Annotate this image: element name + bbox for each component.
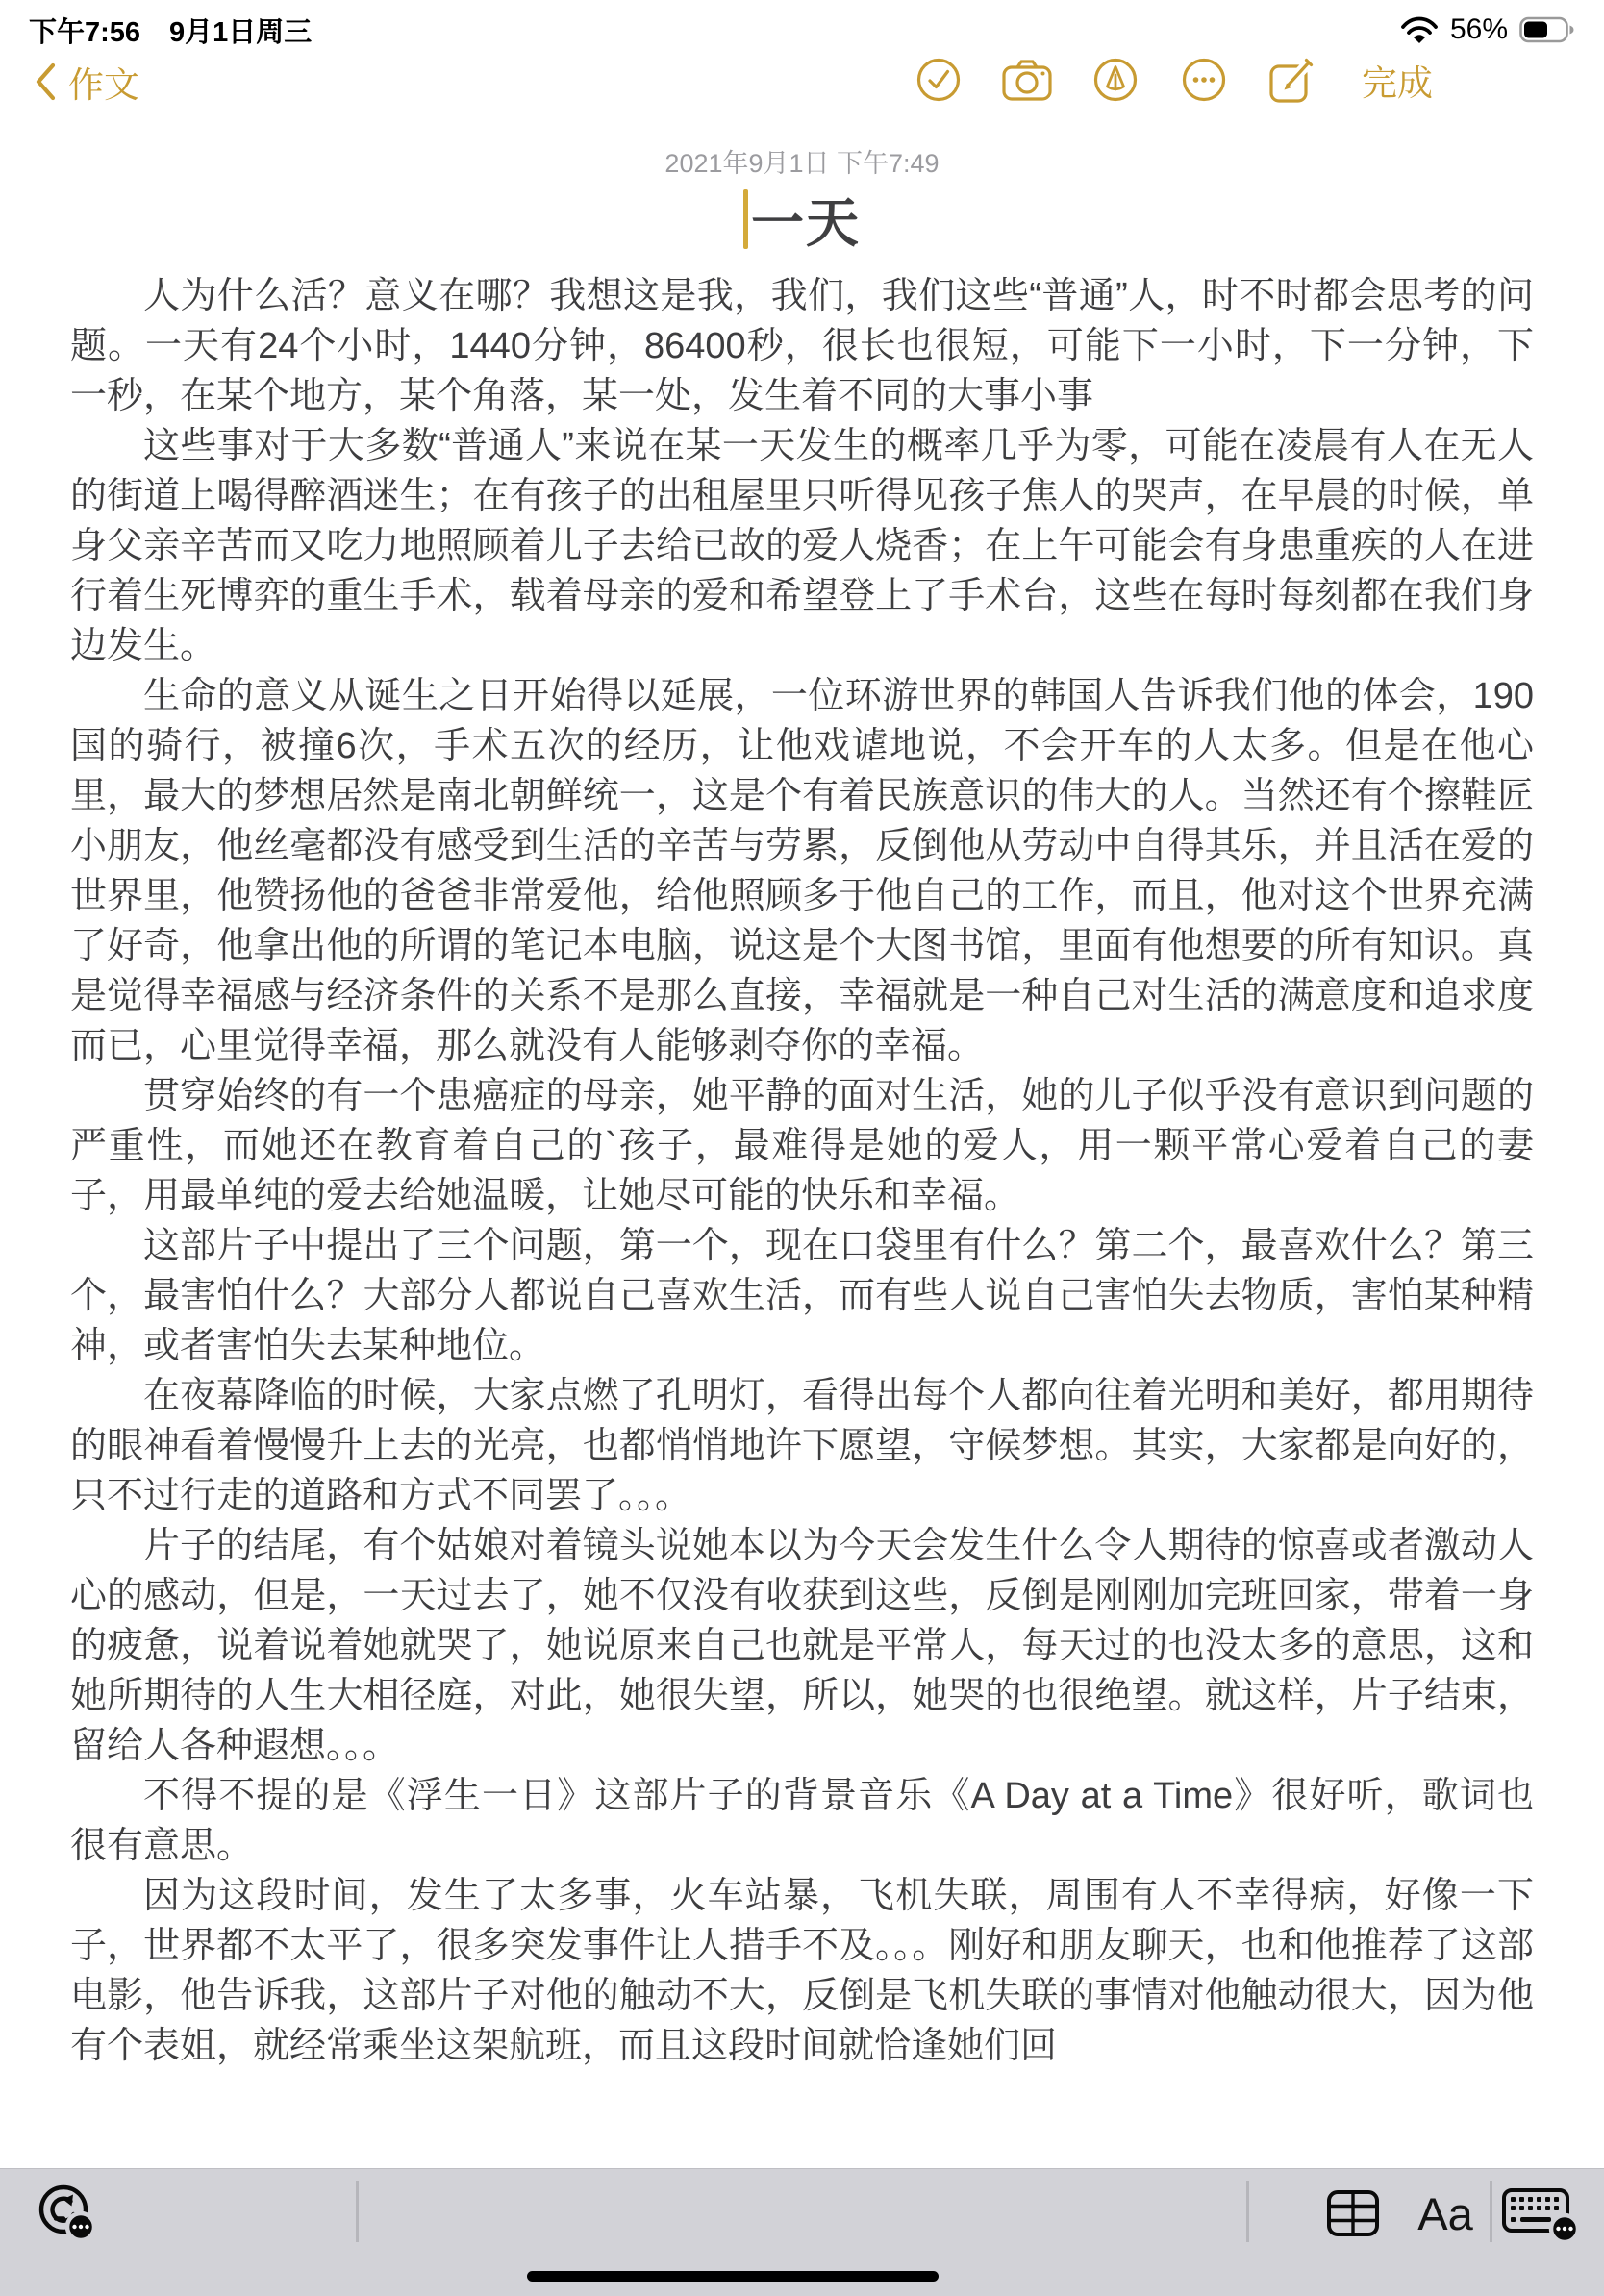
status-left: 下午7:56 9月1日周三	[29, 11, 312, 50]
note-title[interactable]: 一天	[0, 181, 1604, 257]
paragraph[interactable]: 人为什么活？意义在哪？我想这是我，我们，我们这些“普通”人，时不时都会思考的问题…	[70, 271, 1534, 421]
battery-icon	[1519, 16, 1575, 43]
paragraph[interactable]: 因为这段时间，发生了太多事，火车站暴，飞机失联，周围有人不幸得病，好像一下子，世…	[70, 1871, 1534, 2071]
table-icon	[1326, 2189, 1380, 2237]
nav-bar: 作文	[0, 48, 1604, 108]
keyboard-dismiss-button[interactable]	[1500, 2183, 1583, 2246]
checkmark-circle-icon	[915, 57, 962, 103]
paragraph[interactable]: 这部片子中提出了三个问题，第一个，现在口袋里有什么？第二个，最喜欢什么？第三个，…	[70, 1221, 1534, 1371]
paragraph[interactable]: 在夜幕降临的时候，大家点燃了孔明灯，看得出每个人都向往着光明和美好，都用期待的眼…	[70, 1371, 1534, 1521]
paragraph[interactable]: 片子的结尾，有个姑娘对着镜头说她本以为今天会发生什么令人期待的惊喜或者激动人心的…	[70, 1521, 1534, 1771]
text-format-label: Aa	[1417, 2187, 1473, 2240]
ellipsis-circle-icon	[1181, 57, 1227, 103]
paragraph[interactable]: 这些事对于大多数“普通人”来说在某一天发生的概率几乎为零，可能在凌晨有人在无人的…	[70, 421, 1534, 671]
home-indicator[interactable]	[527, 2271, 939, 2282]
compose-button[interactable]	[1269, 57, 1316, 103]
wifi-icon	[1400, 16, 1439, 44]
toolbar-separator	[356, 2181, 359, 2242]
text-format-button[interactable]: Aa	[1402, 2183, 1489, 2244]
paragraph[interactable]: 贯穿始终的有一个患癌症的母亲，她平静的面对生活，她的儿子似乎没有意识到问题的严重…	[70, 1071, 1534, 1221]
chevron-left-icon	[33, 62, 57, 102]
paragraph[interactable]: 不得不提的是《浮生一日》这部片子的背景音乐《A Day at a Time》很好…	[70, 1771, 1534, 1871]
markup-button[interactable]	[1092, 57, 1139, 103]
insert-table-button[interactable]	[1325, 2188, 1381, 2238]
back-button[interactable]: 作文	[33, 56, 139, 108]
toolbar-separator	[1246, 2181, 1249, 2242]
note-timestamp: 2021年9月1日 下午7:49	[0, 142, 1604, 180]
back-button-label: 作文	[68, 56, 139, 108]
compose-icon	[1267, 55, 1317, 105]
more-options-button[interactable]	[1181, 57, 1227, 103]
status-date: 9月1日周三	[169, 11, 312, 50]
battery-percent: 56%	[1450, 13, 1508, 46]
status-time: 下午7:56	[29, 11, 140, 50]
paragraph[interactable]: 生命的意义从诞生之日开始得以延展，一位环游世界的韩国人告诉我们他的体会，190国…	[70, 671, 1534, 1071]
keyboard-ellipsis-icon	[1501, 2183, 1582, 2246]
camera-icon	[1002, 58, 1052, 102]
note-body-editor[interactable]: 人为什么活？意义在哪？我想这是我，我们，我们这些“普通”人，时不时都会思考的问题…	[70, 271, 1534, 2071]
status-right: 56%	[1400, 13, 1575, 46]
camera-button[interactable]	[1004, 57, 1050, 103]
markup-pen-circle-icon	[1092, 57, 1139, 103]
text-cursor	[743, 189, 748, 249]
status-bar: 下午7:56 9月1日周三 56%	[0, 0, 1604, 48]
undo-button[interactable]	[37, 2183, 100, 2246]
note-title-text: 一天	[751, 181, 861, 257]
done-button[interactable]: 完成	[1362, 54, 1433, 106]
checklist-button[interactable]	[915, 57, 962, 103]
undo-ellipsis-icon	[37, 2183, 100, 2246]
nav-actions: 完成	[915, 54, 1433, 106]
toolbar-separator	[1490, 2181, 1492, 2242]
